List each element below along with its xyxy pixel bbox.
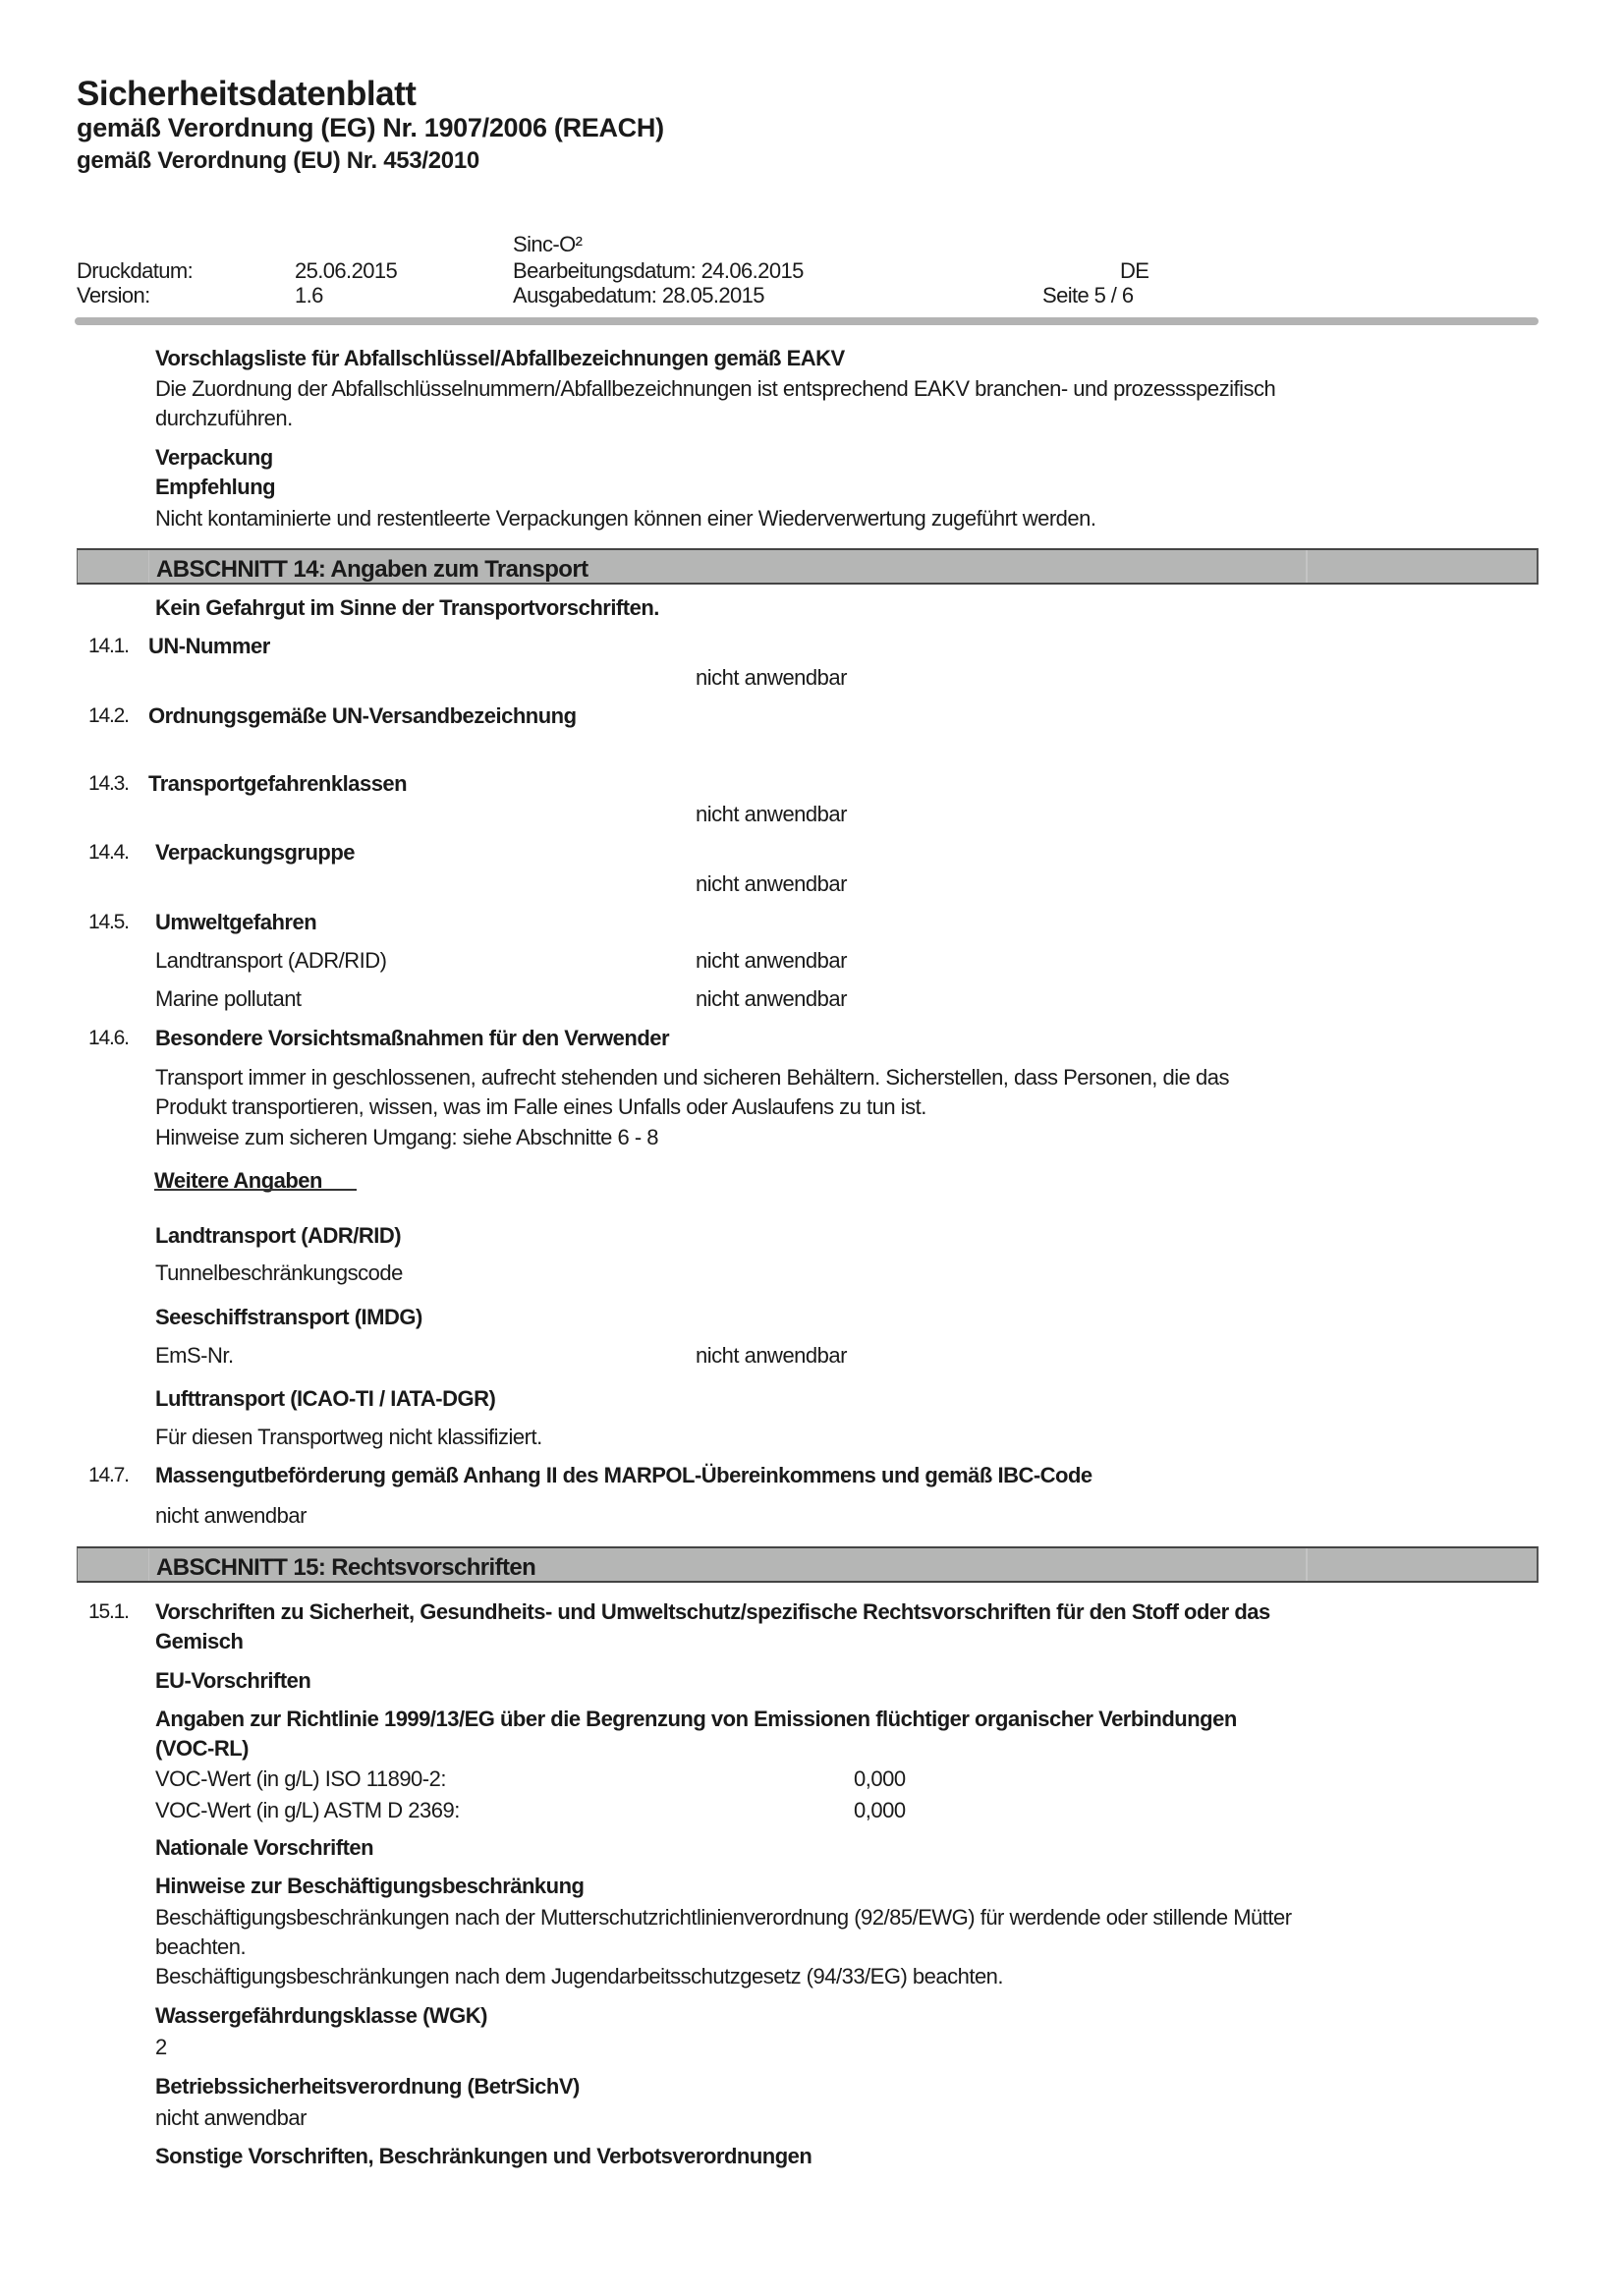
air-transport-text: Für diesen Transportweg nicht klassifizi… [155, 1427, 542, 1448]
betrsichv-value: nicht anwendbar [155, 2107, 307, 2129]
item-number: 14.4. [88, 842, 129, 863]
waste-text-1: Die Zuordnung der Abfallschlüsselnummern… [155, 378, 1275, 400]
voc-heading-2: (VOC-RL) [155, 1738, 249, 1760]
packaging-heading: Verpackung [155, 447, 273, 469]
employment-heading: Hinweise zur Beschäftigungsbeschränkung [155, 1876, 584, 1897]
wgk-value: 2 [155, 2037, 167, 2058]
bulk-transport-value: nicht anwendbar [155, 1505, 307, 1527]
document-subtitle-reach: gemäß Verordnung (EG) Nr. 1907/2006 (REA… [77, 115, 664, 141]
employment-text-3: Beschäftigungsbeschränkungen nach dem Ju… [155, 1966, 1003, 1988]
version-label: Version: [77, 285, 150, 307]
land-transport-heading: Landtransport (ADR/RID) [155, 1225, 401, 1247]
item-number: 15.1. [88, 1601, 129, 1622]
packing-group-heading: Verpackungsgruppe [155, 842, 355, 864]
regulations-heading-2: Gemisch [155, 1631, 243, 1652]
sea-transport-heading: Seeschiffstransport (IMDG) [155, 1307, 422, 1328]
voc-row-label: VOC-Wert (in g/L) ASTM D 2369: [155, 1800, 460, 1821]
header-bar-divider [148, 550, 149, 583]
section-15-header: ABSCHNITT 15: Rechtsvorschriften [77, 1546, 1539, 1583]
document-subtitle-eu: gemäß Verordnung (EU) Nr. 453/2010 [77, 149, 479, 173]
betrsichv-heading: Betriebssicherheitsverordnung (BetrSichV… [155, 2076, 580, 2098]
item-number: 14.6. [88, 1028, 129, 1048]
env-row-value: nicht anwendbar [696, 950, 847, 972]
item-number: 14.2. [88, 705, 129, 726]
shipping-name-heading: Ordnungsgemäße UN-Versandbezeichnung [148, 705, 577, 727]
waste-text-2: durchzuführen. [155, 408, 293, 429]
recommendation-heading: Empfehlung [155, 476, 275, 498]
un-number-value: nicht anwendbar [696, 667, 847, 689]
bulk-transport-heading: Massengutbeförderung gemäß Anhang II des… [155, 1465, 1092, 1486]
voc-row-value: 0,000 [854, 1800, 906, 1821]
env-hazards-heading: Umweltgefahren [155, 912, 316, 933]
eu-regulations-heading: EU-Vorschriften [155, 1670, 310, 1692]
precautions-text-2: Produkt transportieren, wissen, was im F… [155, 1096, 926, 1118]
section-15-title: ABSCHNITT 15: Rechtsvorschriften [156, 1554, 535, 1582]
header-bar-divider [1306, 550, 1308, 583]
ems-value: nicht anwendbar [696, 1345, 847, 1367]
tunnel-code-label: Tunnelbeschränkungscode [155, 1262, 403, 1284]
print-date: 25.06.2015 [295, 260, 397, 282]
page-number: Seite 5 / 6 [1042, 285, 1133, 307]
issue-date: Ausgabedatum: 28.05.2015 [513, 285, 764, 307]
ems-label: EmS-Nr. [155, 1345, 234, 1367]
header-bar-divider [148, 1548, 149, 1581]
voc-row-value: 0,000 [854, 1768, 906, 1790]
version-value: 1.6 [295, 285, 323, 307]
hazard-class-value: nicht anwendbar [696, 804, 847, 825]
language-code: DE [1120, 260, 1148, 282]
item-number: 14.5. [88, 912, 129, 932]
precautions-heading: Besondere Vorsichtsmaßnahmen für den Ver… [155, 1028, 669, 1049]
wgk-heading: Wassergefährdungsklasse (WGK) [155, 2005, 487, 2027]
print-date-label: Druckdatum: [77, 260, 193, 282]
item-number: 14.7. [88, 1465, 129, 1485]
voc-row-label: VOC-Wert (in g/L) ISO 11890-2: [155, 1768, 446, 1790]
employment-text-1: Beschäftigungsbeschränkungen nach der Mu… [155, 1907, 1292, 1929]
employment-text-2: beachten. [155, 1936, 246, 1958]
air-transport-heading: Lufttransport (ICAO-TI / IATA-DGR) [155, 1388, 495, 1410]
precautions-text-1: Transport immer in geschlossenen, aufrec… [155, 1067, 1229, 1089]
regulations-heading-1: Vorschriften zu Sicherheit, Gesundheits-… [155, 1601, 1270, 1623]
env-row-label: Marine pollutant [155, 988, 302, 1010]
transport-intro: Kein Gefahrgut im Sinne der Transportvor… [155, 597, 659, 619]
packing-group-value: nicht anwendbar [696, 873, 847, 895]
un-number-heading: UN-Nummer [148, 636, 270, 657]
national-regulations-heading: Nationale Vorschriften [155, 1837, 373, 1859]
precautions-text-3: Hinweise zum sicheren Umgang: siehe Absc… [155, 1127, 658, 1148]
env-row-value: nicht anwendbar [696, 988, 847, 1010]
header-bar-divider [1306, 1548, 1308, 1581]
document-title: Sicherheitsdatenblatt [77, 77, 416, 111]
section-14-header: ABSCHNITT 14: Angaben zum Transport [77, 548, 1539, 585]
item-number: 14.1. [88, 636, 129, 656]
product-name: Sinc-O² [513, 234, 582, 255]
packaging-text: Nicht kontaminierte und restentleerte Ve… [155, 508, 1095, 530]
item-number: 14.3. [88, 773, 129, 794]
other-regulations-heading: Sonstige Vorschriften, Beschränkungen un… [155, 2146, 812, 2167]
voc-heading-1: Angaben zur Richtlinie 1999/13/EG über d… [155, 1708, 1237, 1730]
revision-date: Bearbeitungsdatum: 24.06.2015 [513, 260, 804, 282]
env-row-label: Landtransport (ADR/RID) [155, 950, 386, 972]
hazard-class-heading: Transportgefahrenklassen [148, 773, 407, 795]
waste-heading: Vorschlagsliste für Abfallschlüssel/Abfa… [155, 348, 845, 369]
further-info-underline [154, 1189, 357, 1191]
section-14-title: ABSCHNITT 14: Angaben zum Transport [156, 556, 588, 584]
header-divider [75, 317, 1539, 325]
